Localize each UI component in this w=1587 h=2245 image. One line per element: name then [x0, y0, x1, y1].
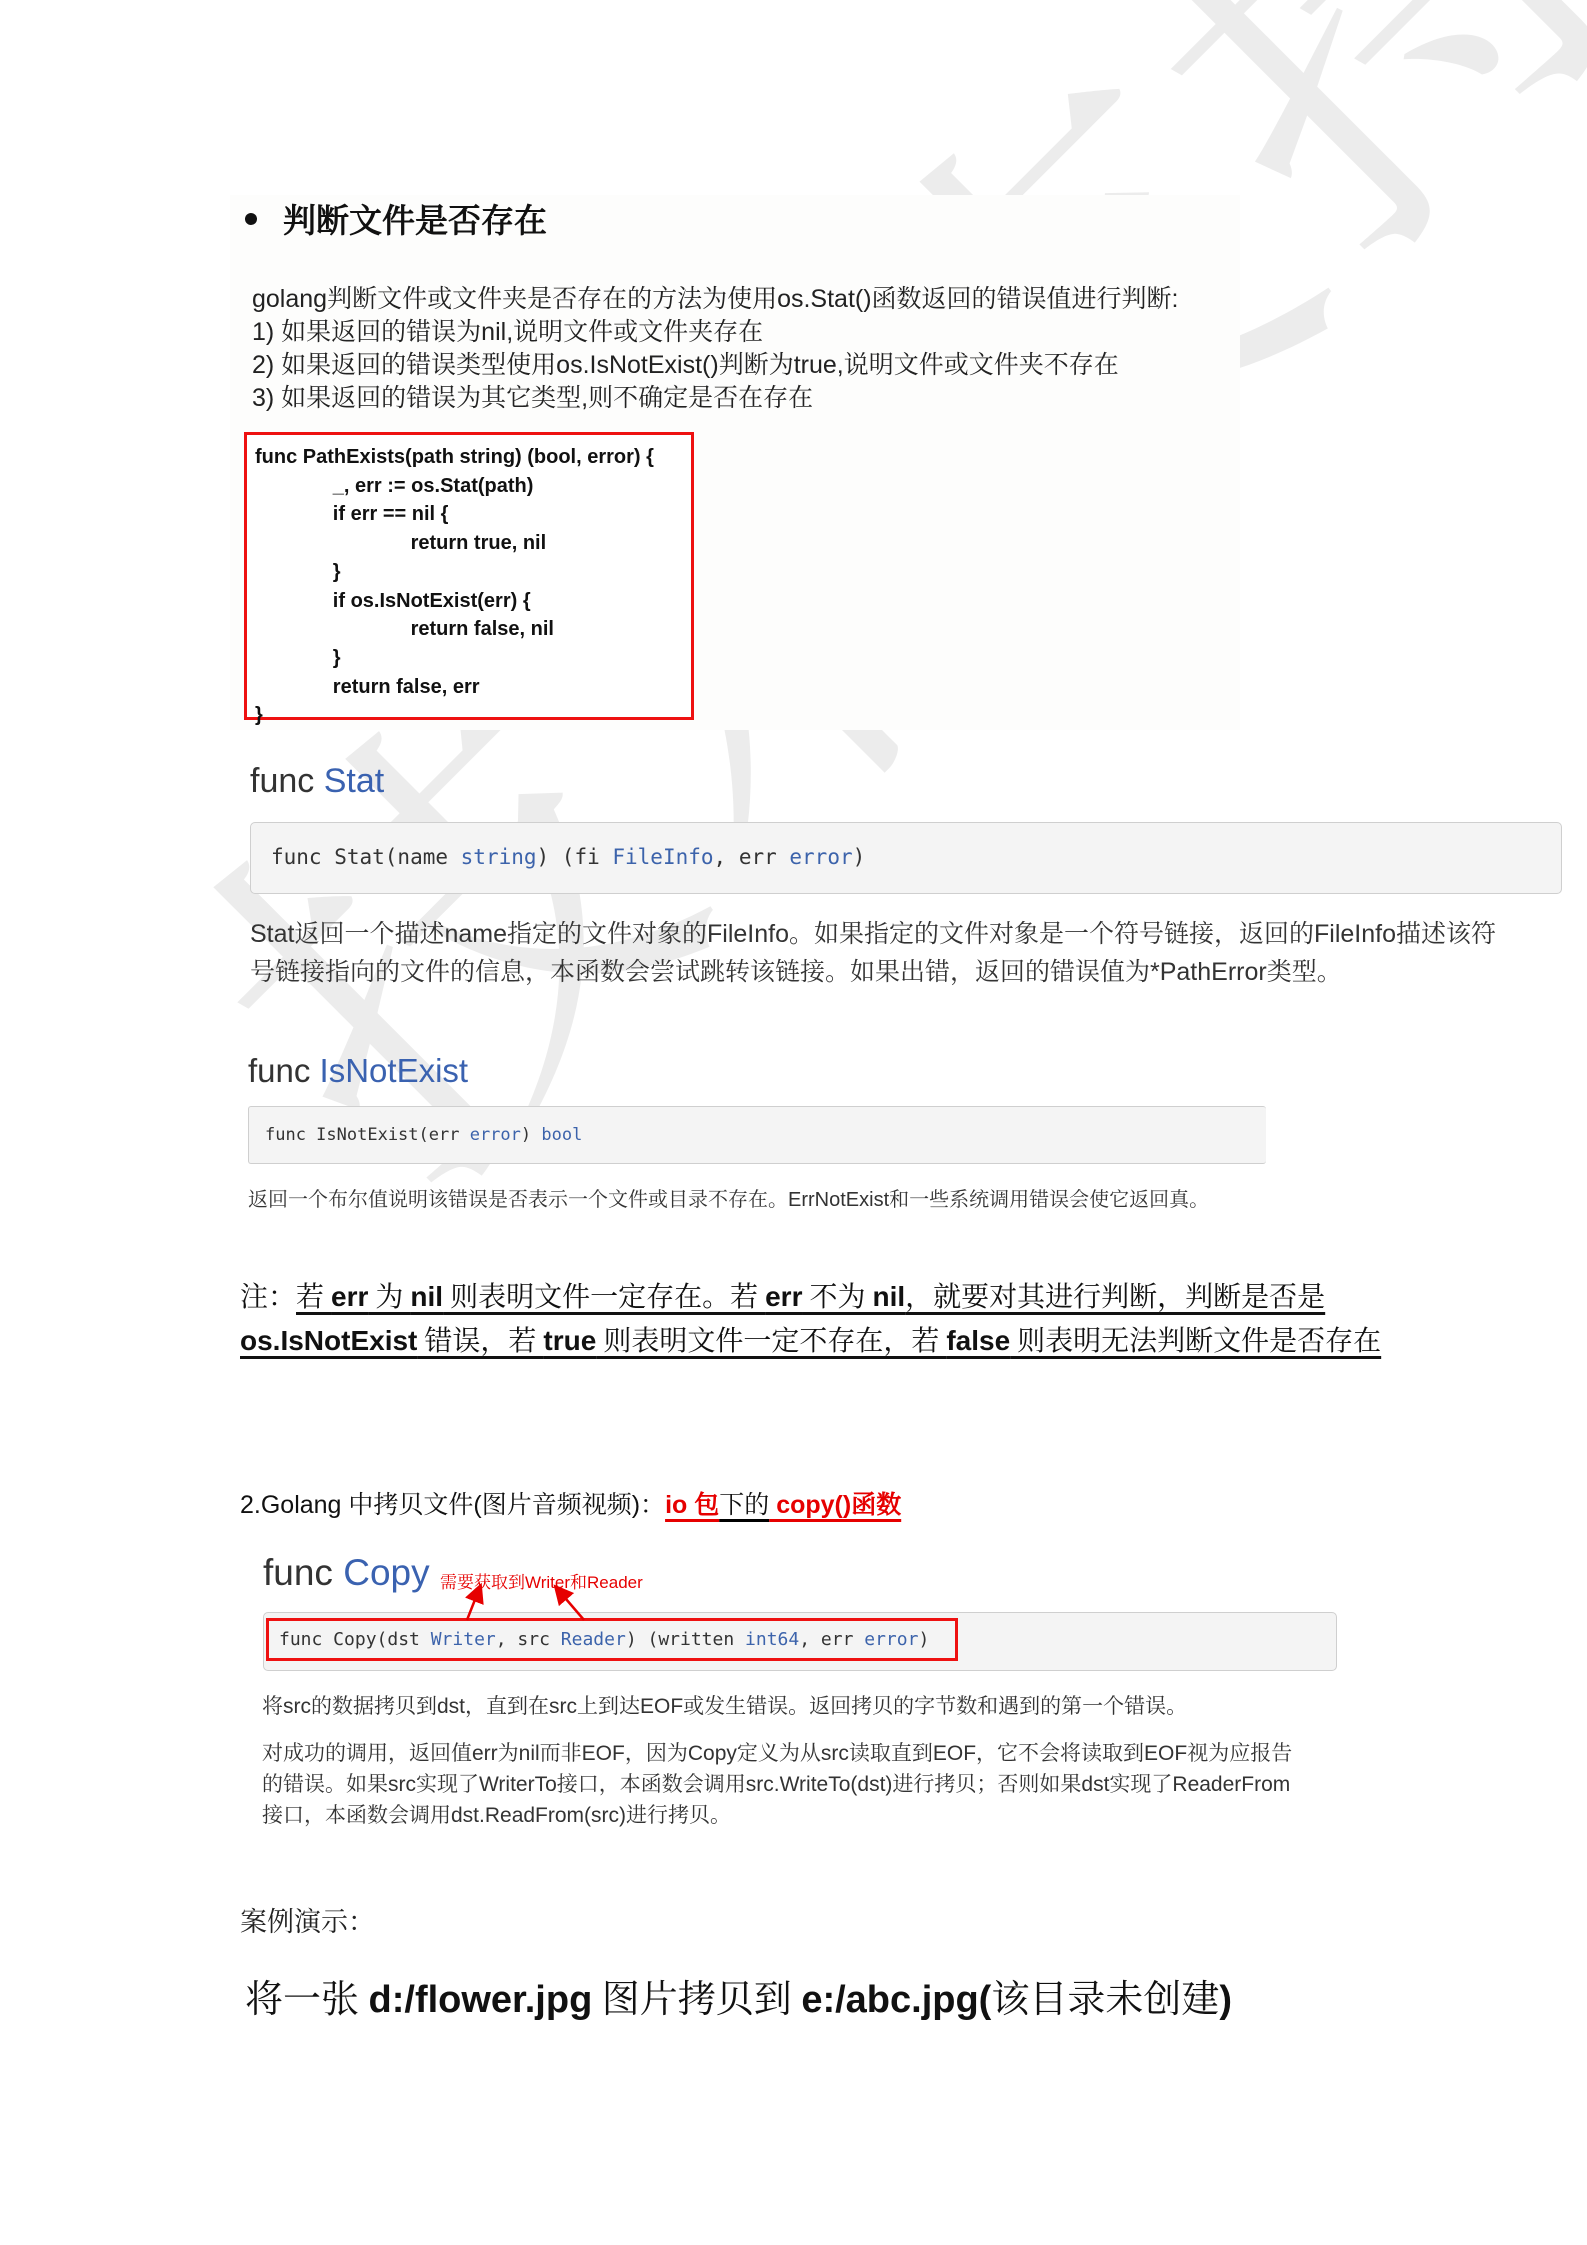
- arrow-icon: [560, 1592, 584, 1620]
- arrow-icon: [467, 1592, 478, 1620]
- annotation-arrows: [0, 0, 1587, 2245]
